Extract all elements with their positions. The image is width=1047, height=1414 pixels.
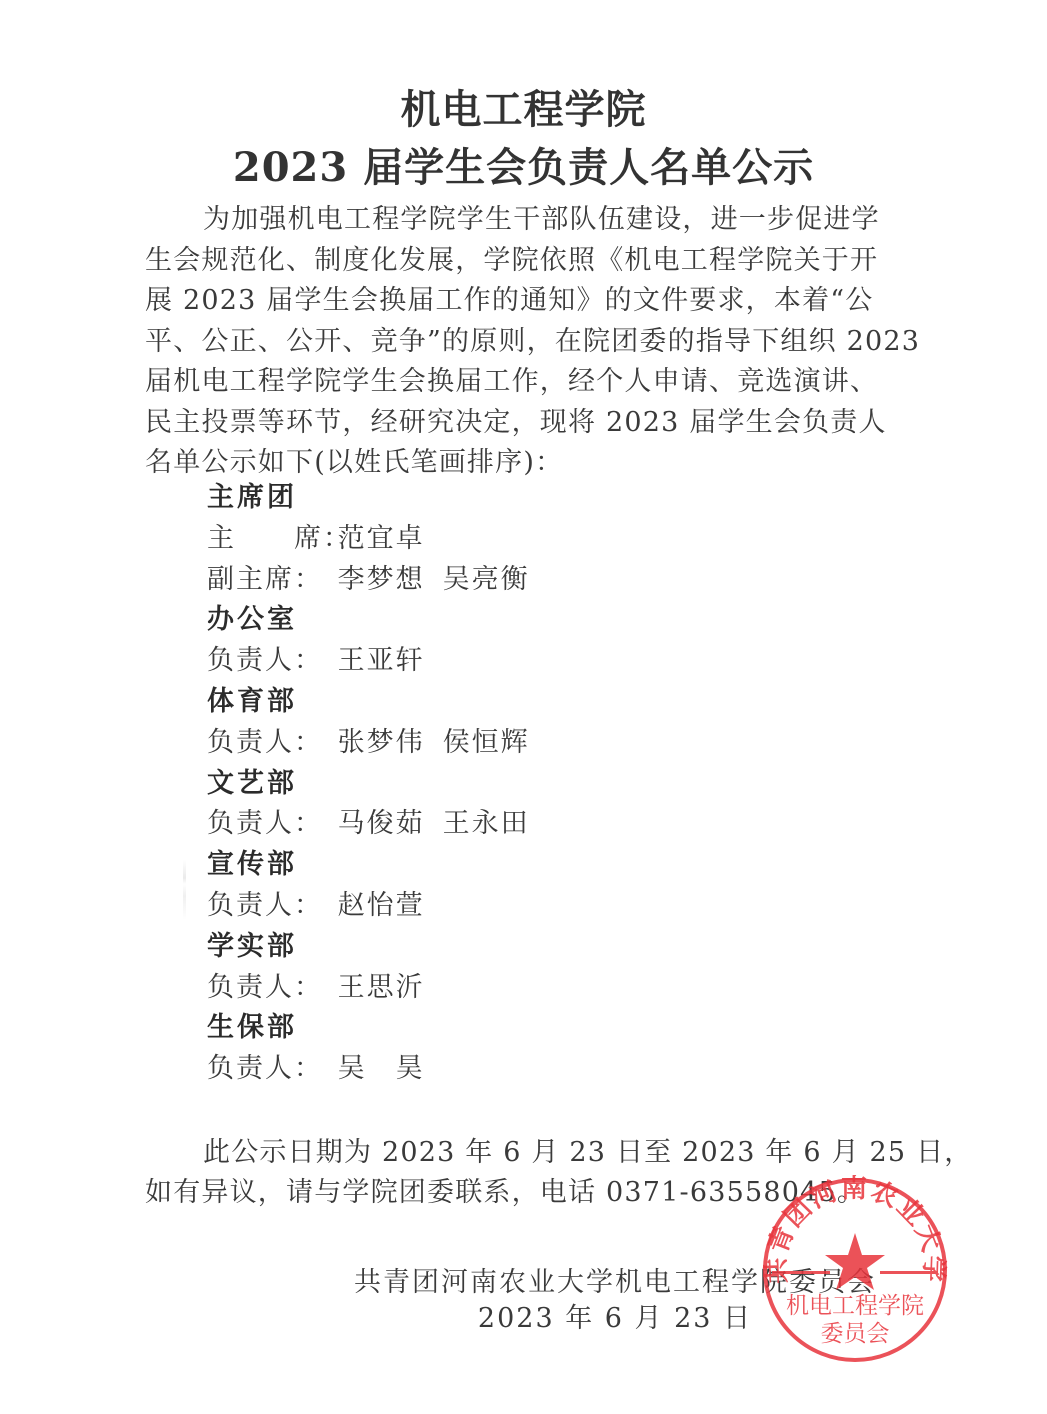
roster-entry: 负责人： 马俊茹王永田 xyxy=(207,804,548,845)
department-heading: 文艺部 xyxy=(207,764,548,805)
intro-line: 届机电工程学院学生会换届工作，经个人申请、竞选演讲、 xyxy=(145,362,920,403)
role-label: 负责人： xyxy=(207,804,327,845)
department-heading: 主席团 xyxy=(207,478,548,519)
intro-line: 民主投票等环节，经研究决定，现将 2023 届学生会负责人 xyxy=(145,403,920,444)
document-title-line1: 机电工程学院 xyxy=(0,78,1047,135)
roster-entry: 负责人： 吴 昊 xyxy=(207,1049,548,1090)
role-label: 负责人： xyxy=(207,968,327,1009)
notice-paragraph: 此公示日期为 2023 年 6 月 23 日至 2023 年 6 月 25 日，… xyxy=(145,1133,925,1213)
roster-entry: 负责人： 王亚轩 xyxy=(207,641,548,682)
department-heading: 学实部 xyxy=(207,927,548,968)
role-label: 主 席： xyxy=(207,519,327,560)
notice-line: 如有异议，请与学院团委联系，电话 0371-63558045。 xyxy=(145,1173,925,1213)
roster-entry: 负责人： 王思沂 xyxy=(207,968,548,1009)
person-name: 赵怡萱 xyxy=(338,890,425,921)
person-name: 吴 昊 xyxy=(338,1053,425,1084)
intro-line: 展 2023 届学生会换届工作的通知》的文件要求，本着“公 xyxy=(145,281,920,322)
role-label: 负责人： xyxy=(207,723,327,764)
person-name: 侯恒辉 xyxy=(443,727,530,758)
department-heading: 宣传部 xyxy=(207,845,548,886)
intro-line: 为加强机电工程学院学生干部队伍建设，进一步促进学 xyxy=(145,200,920,241)
role-label: 负责人： xyxy=(207,1049,327,1090)
department-heading: 体育部 xyxy=(207,682,548,723)
role-label: 负责人： xyxy=(207,641,327,682)
role-label: 副主席： xyxy=(207,560,327,601)
roster-entry: 副主席： 李梦想吴亮衡 xyxy=(207,560,548,601)
scan-artifact xyxy=(183,860,186,920)
notice-line: 此公示日期为 2023 年 6 月 23 日至 2023 年 6 月 25 日， xyxy=(145,1133,925,1173)
person-name: 李梦想 xyxy=(338,564,425,595)
person-name: 王亚轩 xyxy=(338,645,425,676)
person-name: 张梦伟 xyxy=(338,727,425,758)
person-name: 范宜卓 xyxy=(338,523,425,554)
intro-line: 平、公正、公开、竞争”的原则，在院团委的指导下组织 2023 xyxy=(145,322,920,363)
roster-entry: 负责人： 张梦伟侯恒辉 xyxy=(207,723,548,764)
document-page: 机电工程学院 2023 届学生会负责人名单公示 为加强机电工程学院学生干部队伍建… xyxy=(0,0,1047,1414)
document-title-line2: 2023 届学生会负责人名单公示 xyxy=(0,136,1047,193)
role-label: 负责人： xyxy=(207,886,327,927)
roster-entry: 负责人： 赵怡萱 xyxy=(207,886,548,927)
intro-line: 生会规范化、制度化发展，学院依照《机电工程学院关于开 xyxy=(145,241,920,282)
person-name: 吴亮衡 xyxy=(443,564,530,595)
person-name: 王思沂 xyxy=(338,972,425,1003)
person-name: 王永田 xyxy=(443,808,530,839)
signature-date: 2023 年 6 月 23 日 xyxy=(345,1296,885,1335)
person-name: 马俊茹 xyxy=(338,808,425,839)
intro-paragraph: 为加强机电工程学院学生干部队伍建设，进一步促进学 生会规范化、制度化发展，学院依… xyxy=(145,200,920,484)
department-heading: 生保部 xyxy=(207,1008,548,1049)
signature-organization: 共青团河南农业大学机电工程学院委员会 xyxy=(345,1260,885,1299)
department-heading: 办公室 xyxy=(207,600,548,641)
roster-entry: 主 席： 范宜卓 xyxy=(207,519,548,560)
roster-list: 主席团 主 席： 范宜卓 副主席： 李梦想吴亮衡 办公室 负责人： 王亚轩 体育… xyxy=(207,478,548,1090)
